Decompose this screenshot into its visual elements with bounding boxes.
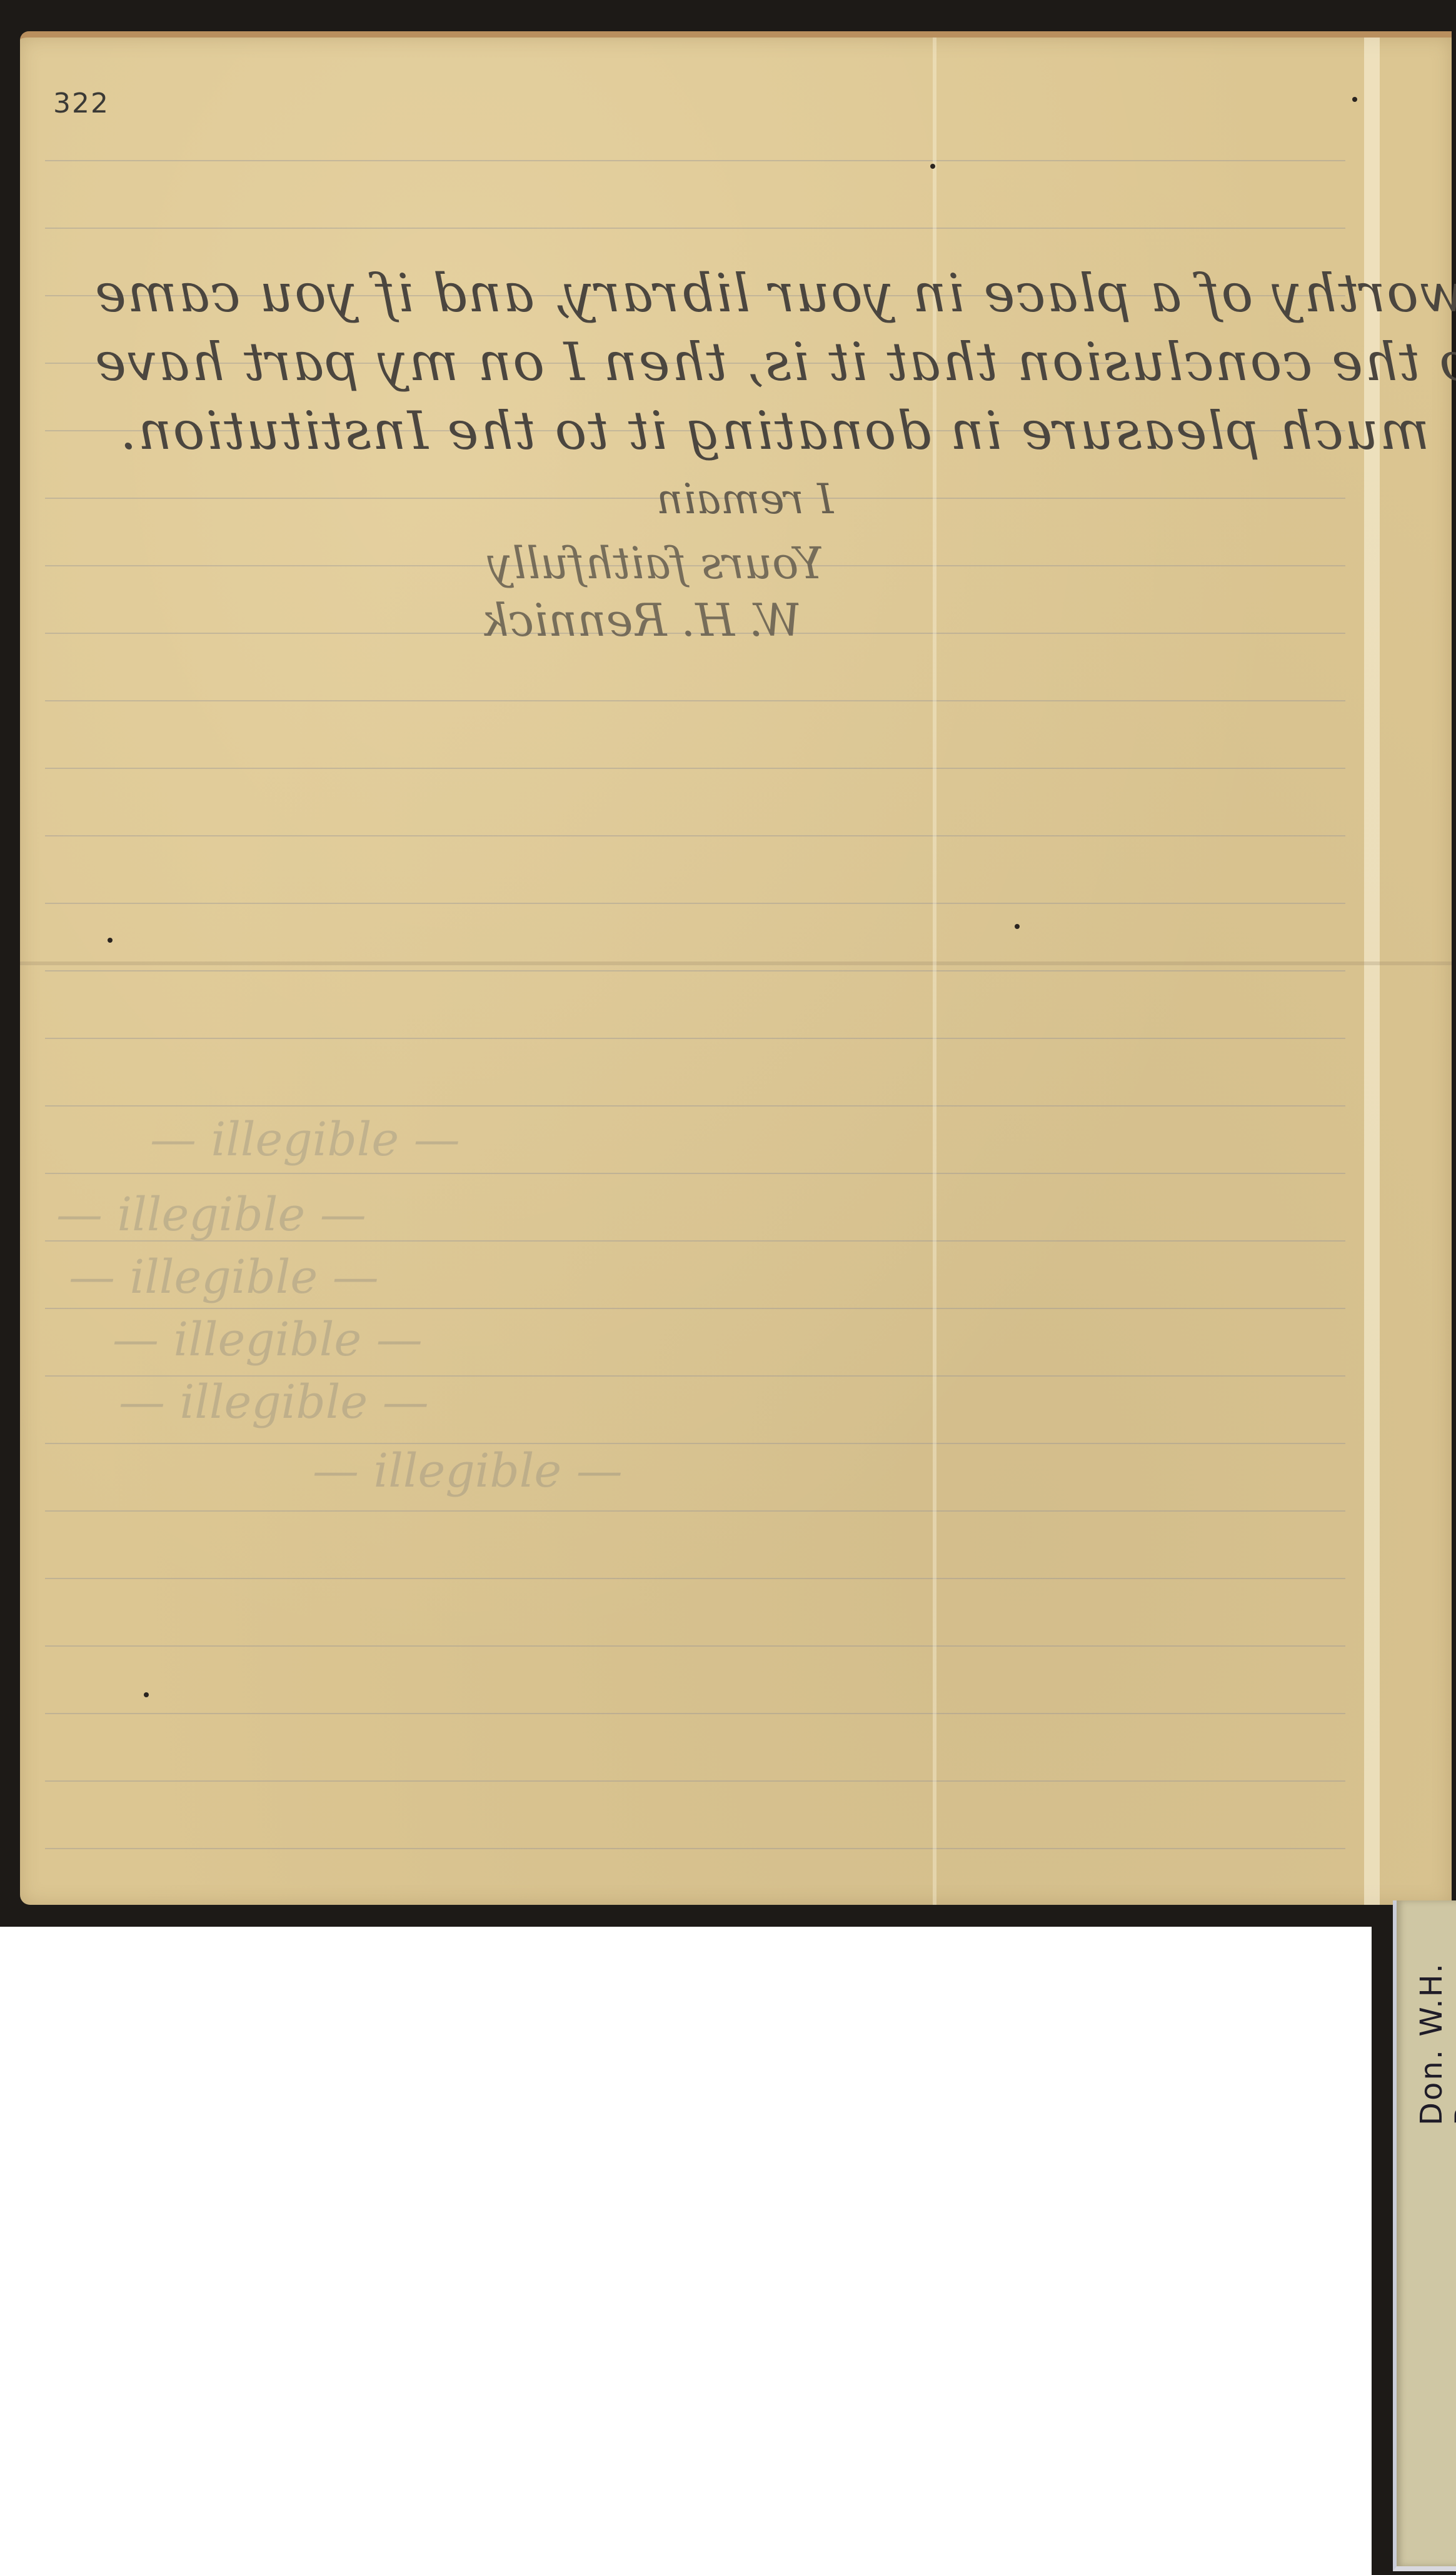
donor-label: Don. W.H. Ren — [1414, 1913, 1456, 2126]
mirrored-text: much pleasure in donating it to the Inst… — [119, 400, 1430, 461]
ink-speck — [930, 164, 935, 169]
letter-closing: I remain — [656, 475, 833, 523]
mirrored-text: W. H. Rennick — [481, 594, 801, 646]
page-number: 322 — [53, 88, 109, 119]
letter-line: to the conclusion that it is, then I on … — [94, 331, 1456, 393]
bleed-through-text: — illegible — — [56, 1188, 366, 1242]
mirrored-text: I remain — [656, 475, 833, 523]
ink-speck — [1352, 97, 1357, 102]
blank-white-area — [0, 1927, 1372, 2575]
ink-speck — [108, 938, 113, 943]
letter-line: is worthy of a place in your library, an… — [94, 263, 1456, 324]
ink-speck — [144, 1692, 149, 1697]
bleed-through-text: — illegible — — [113, 1313, 423, 1367]
mirrored-text: Yours faithfully — [488, 538, 824, 589]
letter-line: much pleasure in donating it to the Inst… — [119, 400, 1430, 461]
mirrored-text: to the conclusion that it is, then I on … — [94, 331, 1456, 393]
bleed-through-text: — illegible — — [69, 1250, 379, 1304]
mirrored-text: is worthy of a place in your library, an… — [94, 263, 1456, 324]
letter-signature: W. H. Rennick — [481, 594, 801, 646]
bleed-through-text: — illegible — — [150, 1113, 460, 1167]
bleed-through-text: — illegible — — [313, 1444, 623, 1498]
bleed-through-text: — illegible — — [119, 1375, 429, 1429]
letter-valediction: Yours faithfully — [488, 538, 824, 589]
ink-speck — [1015, 924, 1020, 929]
